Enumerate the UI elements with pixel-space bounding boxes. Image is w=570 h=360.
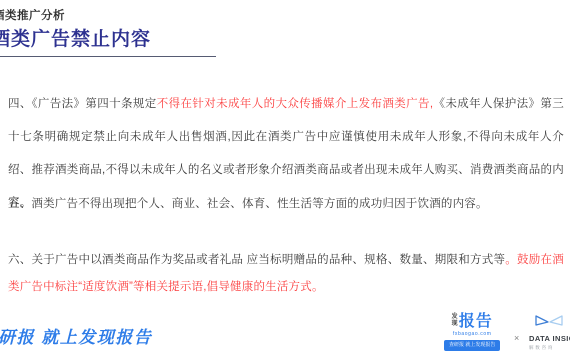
page-title: 酒类广告禁止内容	[0, 24, 151, 51]
clause-5-text: 五、酒类广告不得出现把个人、商业、社会、体育、性生活等方面的成功归因于饮酒的内容…	[8, 198, 488, 210]
fxbaogao-slogan-badge: 查研报 就上发现报告	[444, 340, 500, 351]
clause-5: 五、酒类广告不得出现把个人、商业、社会、体育、性生活等方面的成功归因于饮酒的内容…	[8, 194, 564, 214]
clause-6: 六、关于广告中以酒类商品作为奖品或者礼品 应当标明赠品的品种、规格、数量、期限和…	[8, 247, 564, 301]
fxbaogao-logo: 发 现 报告 fxbaogao.com 查研报 就上发现报告	[444, 314, 500, 351]
clause-4-highlight: 不得在针对未成年人的大众传播媒介上发布酒类广告,	[157, 98, 434, 110]
logo-separator: ×	[514, 333, 519, 343]
datainsight-subtext: 解数咨询	[529, 345, 554, 351]
slide-page: 酒类推广分析 酒类广告禁止内容 四、《广告法》第四十条规定不得在针对未成年人的大…	[0, 0, 570, 360]
section-eyebrow: 酒类推广分析	[0, 7, 65, 23]
clause-4-rest: 《未成年人保护法》第三十七条明确规定禁止向未成年人出售烟酒,因此在酒类广告中应谨…	[8, 98, 564, 209]
title-underline	[0, 56, 216, 57]
fxbaogao-stack-bottom: 现	[452, 321, 458, 328]
fxbaogao-wordmark: 报告	[459, 314, 493, 329]
fxbaogao-domain: fxbaogao.com	[453, 331, 492, 337]
footer-tagline: 研报 就上发现报告	[0, 323, 152, 348]
datainsight-logo: DATA INSIGHT 解数咨询	[529, 312, 570, 351]
fxbaogao-wordmark-row: 发 现 报告	[452, 314, 493, 329]
clause-6-prefix: 六、关于广告中以酒类商品作为奖品或者礼品 应当标明赠品的品种、规格、数量、期限和…	[8, 254, 505, 266]
bowtie-icon	[534, 312, 564, 333]
datainsight-wordmark: DATA INSIGHT	[529, 334, 570, 343]
fxbaogao-stacked-chars: 发 现	[452, 314, 458, 327]
clause-4-prefix: 四、《广告法》第四十条规定	[8, 98, 157, 110]
